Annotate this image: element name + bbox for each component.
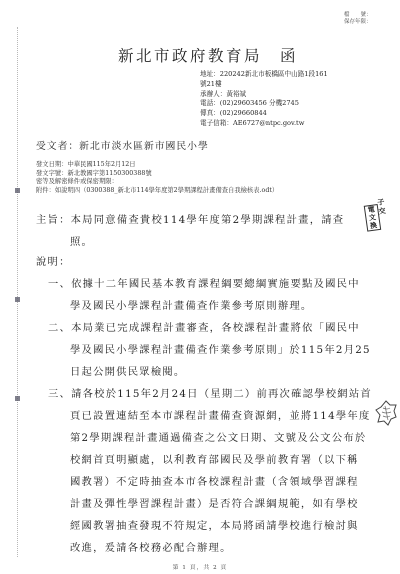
binding-line [17,27,18,557]
binding-mark-top [15,188,20,193]
item-2-line-3: 日起公開供民眾檢閱。 [70,363,185,378]
attachment: 附件：如說明四（0300388_新北市114學年度第2學期課程計畫備查自我檢核表… [36,187,278,196]
secrecy-level: 密等及解密條件或保密期限： [36,178,278,187]
file-number-label: 檔 號： [344,12,372,19]
seam-seal-icon [375,400,397,426]
address-line-1: 地址：220242新北市板橋區中山路1段161 [200,70,328,80]
document-number: 發文字號：新北教國字第1150300388號 [36,170,278,179]
phone: 電話：(02)29603456 分機2745 [200,99,328,109]
issue-date: 發文日期：中華民國115年2月12日 [36,161,278,170]
contact-block: 地址：220242新北市板橋區中山路1段161 號21樓 承辦人：黃裕斌 電話：… [200,70,328,129]
item-3-line-6: 計畫及彈性學習課程計畫）是否符合課綱規範，如有學校 [70,495,359,510]
item-2-line-1: 二、本局業已完成課程計畫審查，各校課程計畫將依「國民中 [48,319,360,334]
address-line-2: 號21樓 [200,80,328,90]
item-3-line-1: 三、請各校於115年2月24日（星期二）前再次確認學校網站首 [48,385,372,400]
stamp-char: 換 [367,221,380,231]
item-3-line-7: 經國教署抽查發現不符規定，本局將函請學校進行檢討與 [70,517,359,532]
item-1-line-1: 一、依據十二年國民基本教育課程綱要總綱實施要點及國民中 [48,275,360,290]
email: 電子信箱：AE6727@ntpc.gov.tw [200,119,328,129]
stamp-char: 交 [378,206,389,216]
stamp-side-text: 子 交 [377,197,389,216]
recipient: 受文者：新北市淡水區新市國民小學 [36,138,209,152]
archive-info: 檔 號： 保存年限： [344,12,372,26]
explanation-label: 說明： [36,253,71,268]
item-3-line-4: 校網首頁明顯處，以利教育部國民及學前教育署（以下稱 [70,451,359,466]
electronic-exchange-stamp: 電 文 換 子 交 [363,196,393,231]
subject-line-1: 主旨：本局同意備查貴校114學年度第2學期課程計畫，請查 [36,211,344,226]
item-2-line-2: 學及國民小學課程計畫備查作業參考原則」於115年2月25 [70,341,371,356]
retention-label: 保存年限： [344,19,372,26]
item-3-line-3: 第2學期課程計畫通過備查之公文日期、文號及公文公布於 [70,429,366,444]
document-meta: 發文日期：中華民國115年2月12日 發文字號：新北教國字第1150300388… [36,161,278,195]
item-3-line-8: 改進，爰請各校務必配合辦理。 [70,539,232,554]
handler: 承辦人：黃裕斌 [200,90,328,100]
item-3-line-5: 國教署）不定時抽查本市各校課程計畫（含領域學習課程 [70,473,359,488]
binding-mark-bottom [15,396,20,401]
subject-line-2: 照。 [70,233,93,248]
item-3-line-2: 頁已設置連結至本市課程計畫備查資源網，並將114學年度 [70,407,371,422]
fax: 傳真：(02)29660844 [200,109,328,119]
item-1-line-2: 學及國民小學課程計畫備查作業參考原則辦理。 [70,297,312,312]
page-number: 第 1 頁，共 2 頁 [0,562,400,571]
document-title: 新北市政府教育局 函 [118,44,298,66]
binding-mark-middle [15,297,20,302]
